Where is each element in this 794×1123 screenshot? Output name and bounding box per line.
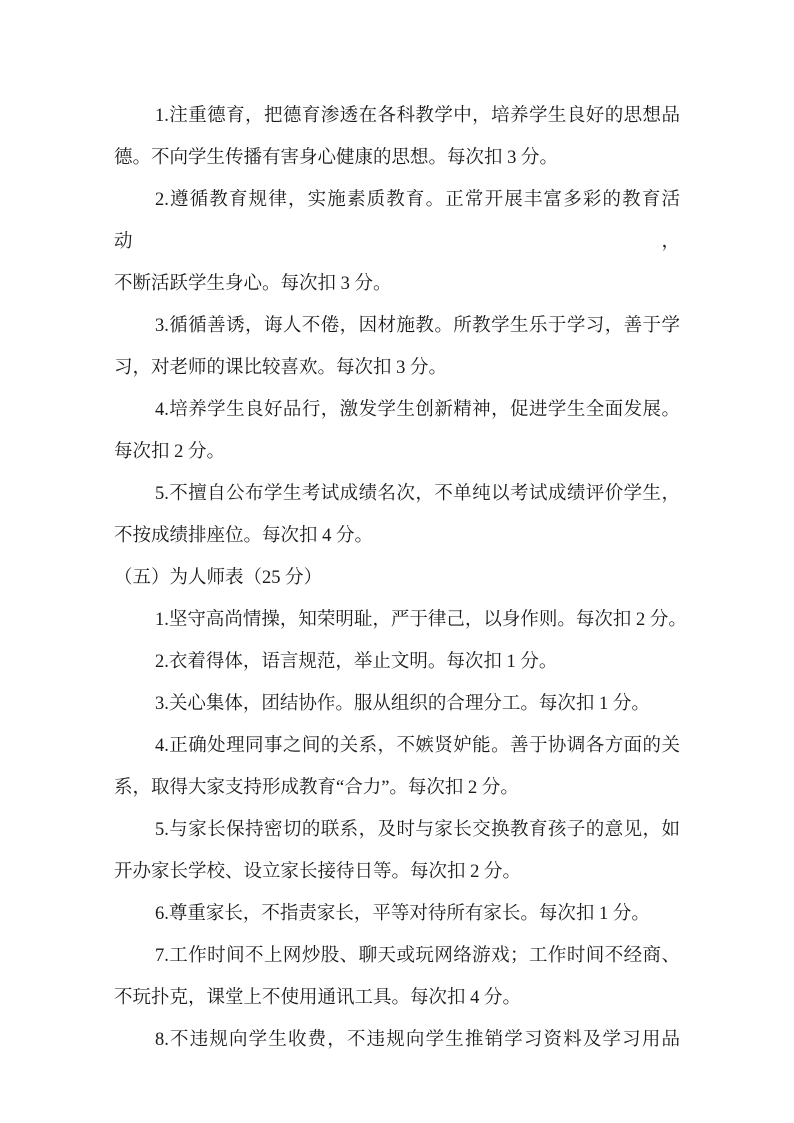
document-body: 1.注重德育，把德育渗透在各科教学中，培养学生良好的思想品 德。不向学生传播有害… [114,95,680,1061]
text-line: 8.不违规向学生收费，不违规向学生推销学习资料及学习用品 [114,1019,680,1061]
text-line: 5.与家长保持密切的联系，及时与家长交换教育孩子的意见，如 [114,809,680,851]
text-line: 习，对老师的课比较喜欢。每次扣 3 分。 [114,347,680,389]
section-heading: （五）为人师表（25 分） [114,557,680,599]
text-line: 5.不擅自公布学生考试成绩名次，不单纯以考试成绩评价学生， [114,473,680,515]
document-page: 1.注重德育，把德育渗透在各科教学中，培养学生良好的思想品 德。不向学生传播有害… [0,0,794,1123]
text-line: 7.工作时间不上网炒股、聊天或玩网络游戏；工作时间不经商、 [114,935,680,977]
text-line: 6.尊重家长，不指责家长，平等对待所有家长。每次扣 1 分。 [114,893,680,935]
text-line: 1.注重德育，把德育渗透在各科教学中，培养学生良好的思想品 [114,95,680,137]
text-line: 每次扣 2 分。 [114,431,680,473]
text-line: 3.循循善诱，诲人不倦，因材施教。所教学生乐于学习，善于学 [114,305,680,347]
text-line: 2.遵循教育规律，实施素质教育。正常开展丰富多彩的教育活动， [114,179,680,263]
text-line: 4.正确处理同事之间的关系，不嫉贤妒能。善于协调各方面的关 [114,725,680,767]
text-line: 3.关心集体，团结协作。服从组织的合理分工。每次扣 1 分。 [114,683,680,725]
text-line: 不按成绩排座位。每次扣 4 分。 [114,515,680,557]
text-line: 系，取得大家支持形成教育“合力”。每次扣 2 分。 [114,767,680,809]
text-line: 开办家长学校、设立家长接待日等。每次扣 2 分。 [114,851,680,893]
text-line: 1.坚守高尚情操，知荣明耻，严于律己，以身作则。每次扣 2 分。 [114,599,680,641]
text-line: 2.衣着得体，语言规范，举止文明。每次扣 1 分。 [114,641,680,683]
text-line: 4.培养学生良好品行，激发学生创新精神，促进学生全面发展。 [114,389,680,431]
text-line: 不玩扑克，课堂上不使用通讯工具。每次扣 4 分。 [114,977,680,1019]
text-line: 德。不向学生传播有害身心健康的思想。每次扣 3 分。 [114,137,680,179]
text-line: 不断活跃学生身心。每次扣 3 分。 [114,263,680,305]
